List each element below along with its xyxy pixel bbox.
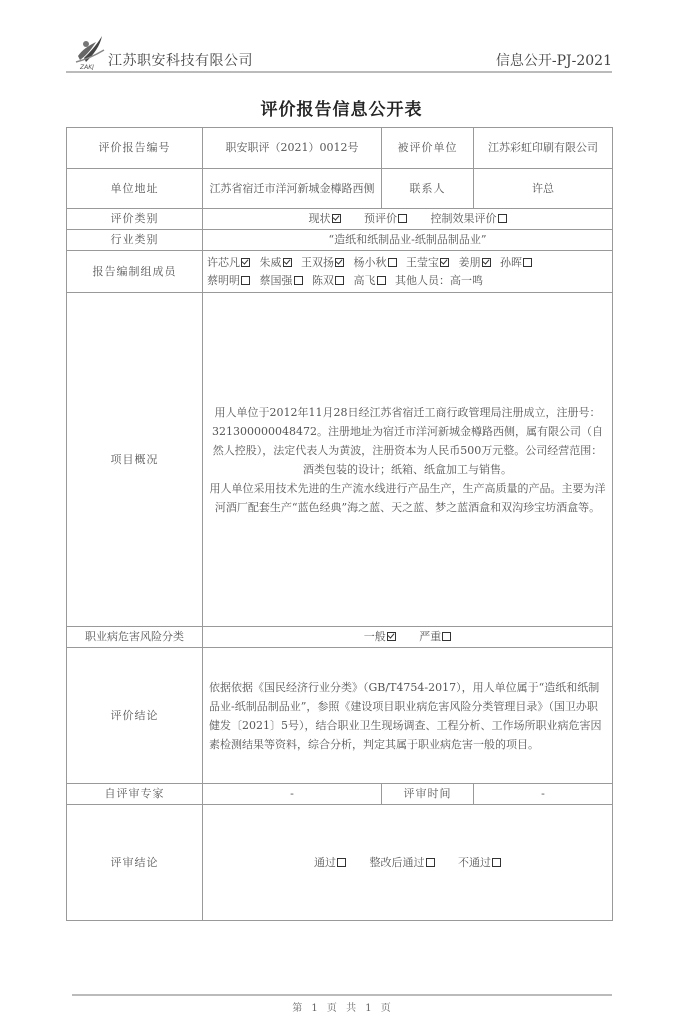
table-row-address: 单位地址 江苏省宿迁市洋河新城金樽路西侧 联系人 许总	[67, 169, 613, 209]
eval-type-options: 现状 预评价 控制效果评价	[203, 209, 613, 230]
checkbox-unchecked-icon[interactable]	[523, 258, 532, 267]
checkbox-unchecked-icon[interactable]	[388, 258, 397, 267]
report-no-label: 评价报告编号	[67, 128, 203, 169]
checkbox-unchecked-icon[interactable]	[498, 214, 507, 223]
table-row-risk: 职业病危害风险分类 一般 严重	[67, 627, 613, 648]
overview-label: 项目概况	[67, 293, 203, 627]
table-row-report-no: 评价报告编号 职安职评（2021）0012号 被评价单位 江苏彩虹印刷有限公司	[67, 128, 613, 169]
member-name: 王双扬	[301, 256, 334, 269]
disclosure-table: 评价报告编号 职安职评（2021）0012号 被评价单位 江苏彩虹印刷有限公司 …	[66, 127, 613, 921]
overview-paragraph-1: 用人单位于2012年11月28日经江苏省宿迁工商行政管理局注册成立，注册号：32…	[209, 403, 606, 479]
checkbox-unchecked-icon[interactable]	[492, 858, 501, 867]
member-name: 蔡明明	[207, 274, 240, 287]
checkbox-unchecked-icon[interactable]	[426, 858, 435, 867]
checkbox-unchecked-icon[interactable]	[398, 214, 407, 223]
checkbox-unchecked-icon[interactable]	[337, 858, 346, 867]
member-name: 蔡国强	[260, 274, 293, 287]
company-name: 江苏职安科技有限公司	[108, 50, 253, 70]
review-pass-after-fix-label: 整改后通过	[370, 856, 425, 869]
conclusion-label: 评价结论	[67, 648, 203, 784]
table-row-overview: 项目概况 用人单位于2012年11月28日经江苏省宿迁工商行政管理局注册成立，注…	[67, 293, 613, 627]
footer-divider	[72, 994, 612, 996]
checkbox-checked-icon[interactable]	[241, 258, 250, 267]
eval-type-pre-label: 预评价	[364, 212, 397, 225]
risk-severe-label: 严重	[419, 630, 441, 643]
member-name: 朱威	[260, 256, 282, 269]
review-options: 通过 整改后通过 不通过	[203, 805, 613, 921]
risk-general-label: 一般	[364, 630, 386, 643]
table-row-eval-type: 评价类别 现状 预评价 控制效果评价	[67, 209, 613, 230]
member-name: 陈双	[312, 274, 334, 287]
members-list: 许芯凡 朱威 王双扬 杨小秋 王莹宝 姜朋 孙晖 蔡明明 蔡国强 陈双 高飞 其…	[203, 251, 613, 293]
checkbox-checked-icon[interactable]	[440, 258, 449, 267]
document-code: 信息公开-PJ-2021	[496, 50, 612, 70]
eval-type-control-label: 控制效果评价	[431, 212, 497, 225]
checkbox-unchecked-icon[interactable]	[294, 276, 303, 285]
overview-paragraph-2: 用人单位采用技术先进的生产流水线进行产品生产，生产高质量的产品。主要为洋河酒厂配…	[209, 479, 606, 517]
table-row-conclusion: 评价结论 依据依据《国民经济行业分类》（GB/T4754-2017），用人单位属…	[67, 648, 613, 784]
conclusion-text: 依据依据《国民经济行业分类》（GB/T4754-2017），用人单位属于“造纸和…	[203, 648, 613, 784]
page-number: 第 1 页 共 1 页	[0, 999, 683, 1014]
table-row-members: 报告编制组成员 许芯凡 朱威 王双扬 杨小秋 王莹宝 姜朋 孙晖 蔡明明 蔡国强…	[67, 251, 613, 293]
risk-label: 职业病危害风险分类	[67, 627, 203, 648]
evaluated-unit-value: 江苏彩虹印刷有限公司	[474, 128, 613, 169]
contact-label: 联系人	[382, 169, 474, 209]
checkbox-unchecked-icon[interactable]	[377, 276, 386, 285]
report-no-value: 职安职评（2021）0012号	[203, 128, 382, 169]
members-label: 报告编制组成员	[67, 251, 203, 293]
checkbox-unchecked-icon[interactable]	[335, 276, 344, 285]
svg-text:ZAKJ: ZAKJ	[79, 64, 94, 70]
member-name: 许芯凡	[207, 256, 240, 269]
risk-options: 一般 严重	[203, 627, 613, 648]
checkbox-checked-icon[interactable]	[387, 632, 396, 641]
page-header: ZAKJ 江苏职安科技有限公司 信息公开-PJ-2021	[66, 32, 612, 72]
address-value: 江苏省宿迁市洋河新城金樽路西侧	[203, 169, 382, 209]
member-name: 杨小秋	[354, 256, 387, 269]
table-row-review-conclusion: 评审结论 通过 整改后通过 不通过	[67, 805, 613, 921]
checkbox-checked-icon[interactable]	[482, 258, 491, 267]
review-time-value: -	[474, 784, 613, 805]
checkbox-checked-icon[interactable]	[332, 214, 341, 223]
address-label: 单位地址	[67, 169, 203, 209]
review-pass-label: 通过	[314, 856, 336, 869]
eval-type-current-label: 现状	[309, 212, 331, 225]
checkbox-unchecked-icon[interactable]	[241, 276, 250, 285]
checkbox-checked-icon[interactable]	[335, 258, 344, 267]
expert-label: 自评审专家	[67, 784, 203, 805]
expert-value: -	[203, 784, 382, 805]
overview-text: 用人单位于2012年11月28日经江苏省宿迁工商行政管理局注册成立，注册号：32…	[203, 293, 613, 627]
eval-type-label: 评价类别	[67, 209, 203, 230]
review-conclusion-label: 评审结论	[67, 805, 203, 921]
review-time-label: 评审时间	[382, 784, 474, 805]
industry-value: “造纸和纸制品业-纸制品制品业”	[203, 230, 613, 251]
table-row-industry: 行业类别 “造纸和纸制品业-纸制品制品业”	[67, 230, 613, 251]
header-divider	[66, 71, 612, 73]
member-name: 王莹宝	[406, 256, 439, 269]
company-logo-icon: ZAKJ	[74, 32, 108, 70]
member-name: 高飞	[354, 274, 376, 287]
table-row-expert: 自评审专家 - 评审时间 -	[67, 784, 613, 805]
member-name: 孙晖	[500, 256, 522, 269]
contact-value: 许总	[474, 169, 613, 209]
page-title: 评价报告信息公开表	[0, 95, 683, 120]
other-members: 其他人员：高一鸣	[395, 274, 483, 287]
industry-label: 行业类别	[67, 230, 203, 251]
evaluated-unit-label: 被评价单位	[382, 128, 474, 169]
checkbox-checked-icon[interactable]	[283, 258, 292, 267]
checkbox-unchecked-icon[interactable]	[442, 632, 451, 641]
member-name: 姜朋	[459, 256, 481, 269]
review-fail-label: 不通过	[458, 856, 491, 869]
